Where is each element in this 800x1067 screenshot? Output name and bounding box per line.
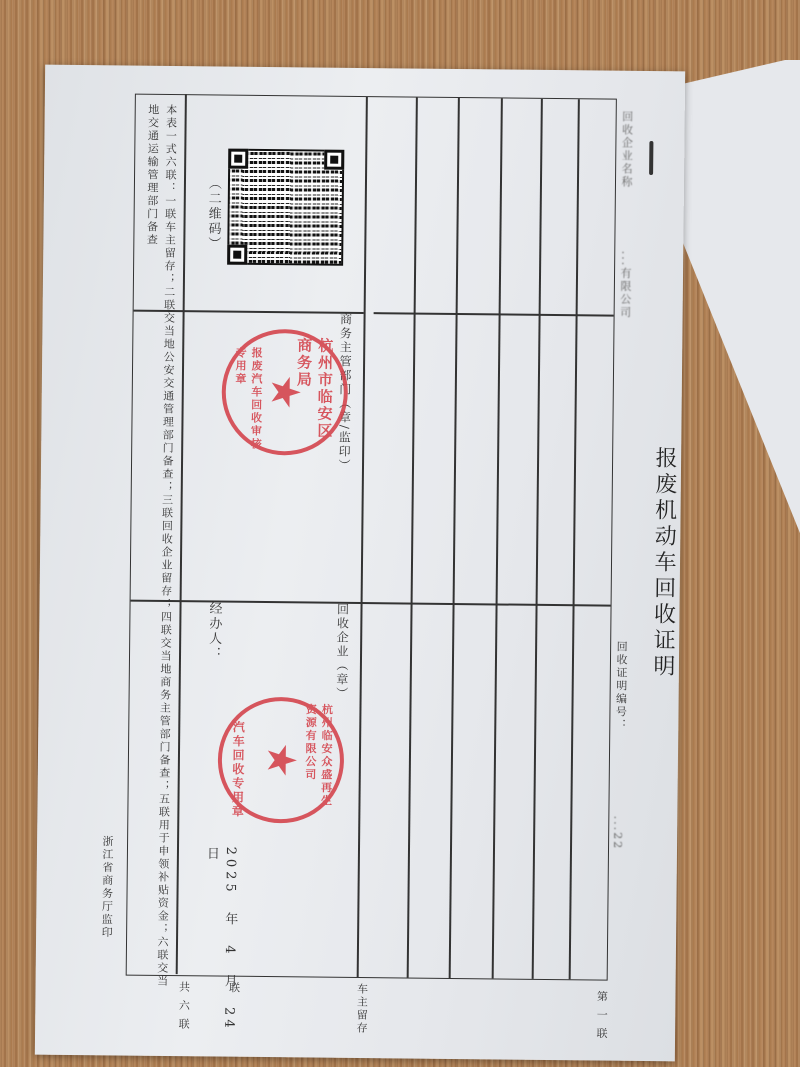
copy-label-first: 第 一 联 bbox=[593, 990, 610, 1040]
recycler-label: 回收企业（章） bbox=[334, 603, 352, 701]
table-column-line bbox=[532, 99, 543, 979]
certificate-sheet: （二维码） 商务主管部门（章/监印） ★ 杭州市临安区商务局 报废汽车回收审核专… bbox=[35, 65, 685, 1062]
certificate-table bbox=[126, 94, 617, 981]
document-title: 报废机动车回收证明 bbox=[647, 446, 680, 680]
copy-label-owner: 车主留存 bbox=[353, 983, 370, 1035]
recycler-stamp: ★ 杭州临安众盛再生资源有限公司 汽车回收专用章 bbox=[217, 697, 344, 824]
copy-suffix: 联 bbox=[225, 982, 241, 995]
recycler-name-value: ...有限公司 bbox=[617, 251, 634, 320]
qr-code[interactable] bbox=[227, 149, 344, 266]
table-column-line bbox=[407, 98, 418, 978]
staple-icon bbox=[649, 141, 653, 175]
table-column-line bbox=[569, 99, 580, 979]
copy-label-total: 共 六 联 bbox=[175, 981, 192, 1031]
certificate-number: 回收证明编号： bbox=[612, 641, 629, 732]
issuer-label: 浙江省商务厅监印 bbox=[98, 835, 115, 939]
form-code: ...22 bbox=[611, 816, 624, 851]
handler-label: 经办人： bbox=[204, 601, 224, 661]
commerce-dept-stamp: ★ 杭州市临安区商务局 报废汽车回收审核专用章 bbox=[221, 329, 348, 456]
table-column-line bbox=[492, 98, 503, 978]
star-icon: ★ bbox=[261, 742, 301, 778]
table-column-line bbox=[449, 98, 460, 978]
recycler-name-label: 回收企业名称 bbox=[618, 111, 635, 189]
qr-code-label: （二维码） bbox=[203, 176, 223, 251]
table-row-line bbox=[374, 312, 614, 316]
copies-note-line2: 地交通运输管理部门备查 bbox=[143, 104, 160, 247]
issue-date: 2025 年 4 月 24 日 bbox=[200, 846, 240, 1056]
table-divider bbox=[357, 97, 368, 977]
